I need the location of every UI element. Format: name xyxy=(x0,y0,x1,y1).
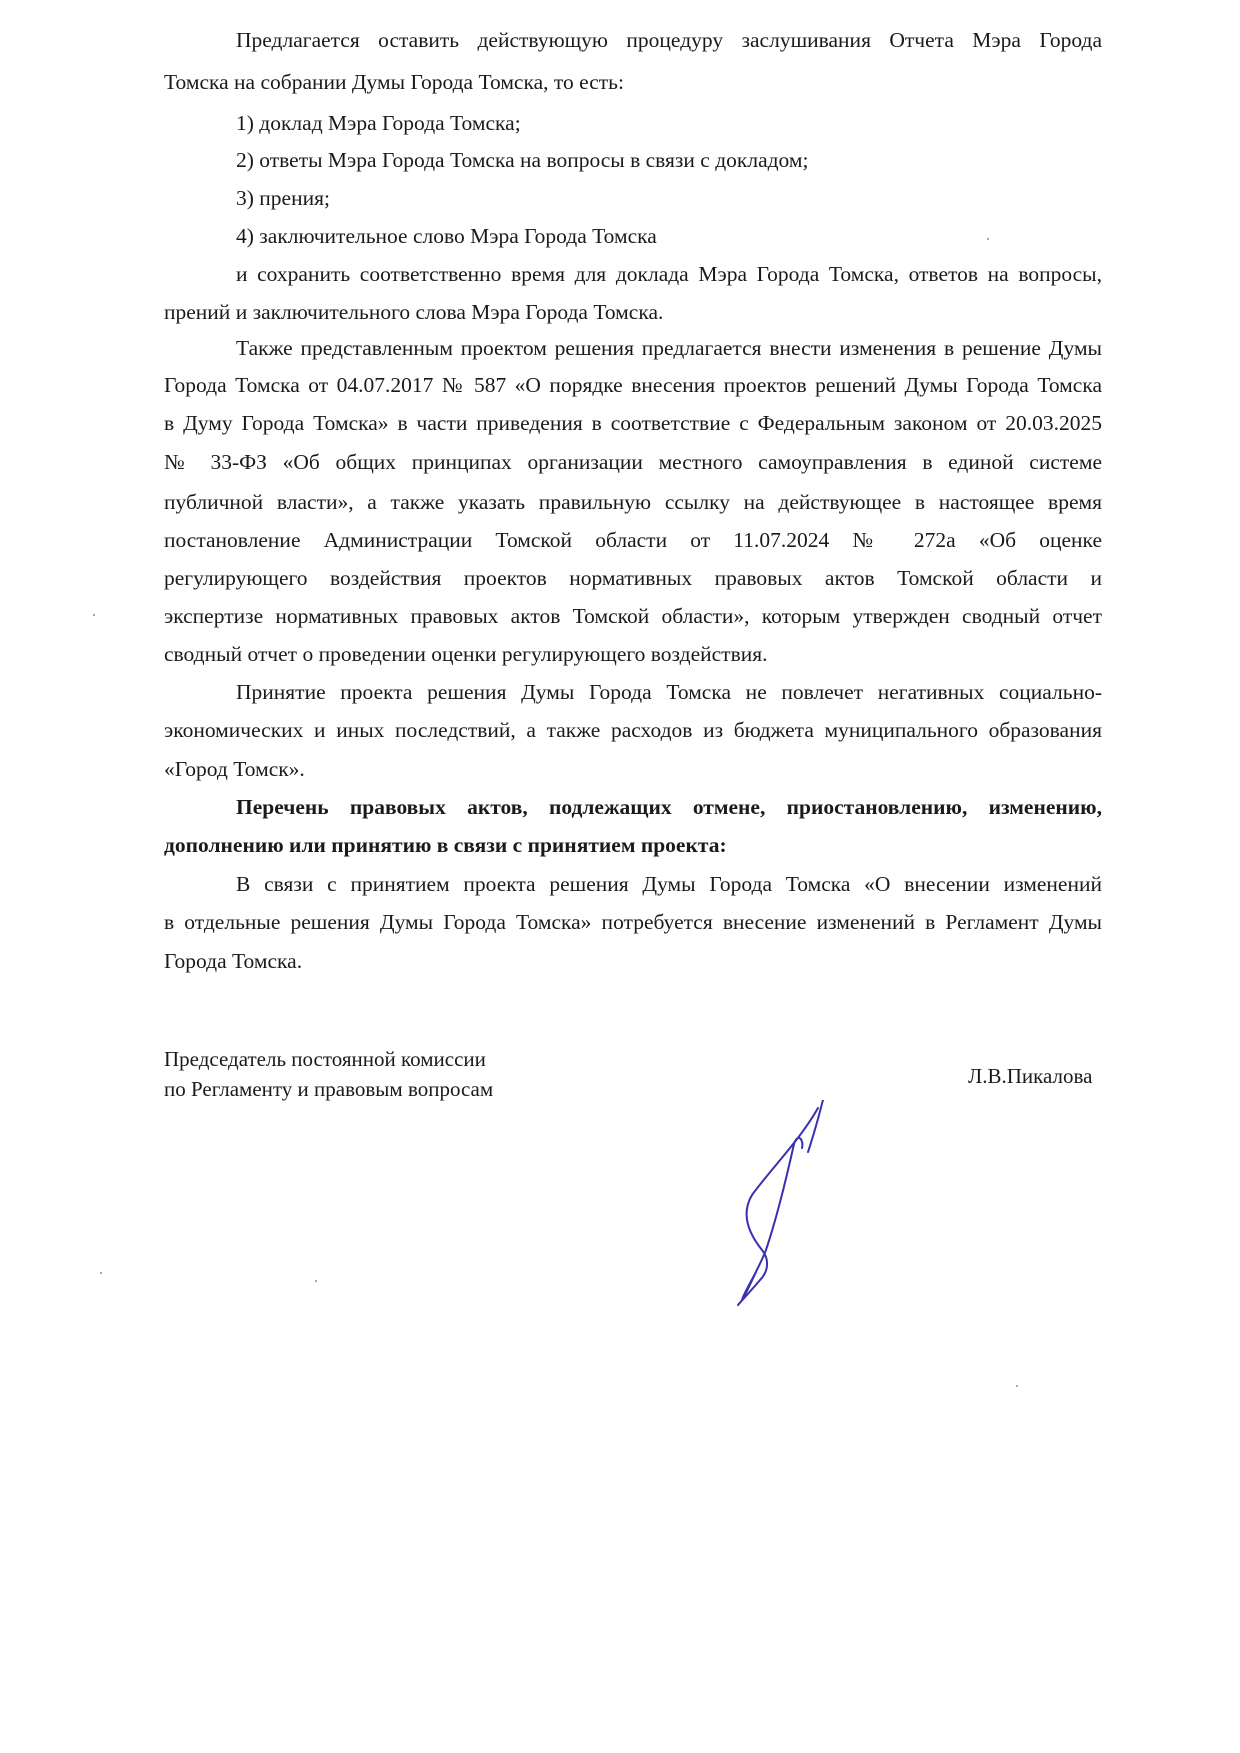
paragraph-line: № 33-ФЗ «Об общих принципах организации … xyxy=(164,452,1102,474)
paragraph-line: в Думу Города Томска» в части приведения… xyxy=(164,413,1102,435)
scan-speck xyxy=(93,614,95,616)
paragraph-line: в отдельные решения Думы Города Томска» … xyxy=(164,912,1102,934)
paragraph-line: Также представленным проектом решения пр… xyxy=(236,338,1102,360)
list-item: 4) заключительное слово Мэра Города Томс… xyxy=(236,226,657,248)
signatory-position-line: Председатель постоянной комиссии xyxy=(164,1044,493,1074)
scan-speck xyxy=(1016,1385,1018,1387)
paragraph-line: регулирующего воздействия проектов норма… xyxy=(164,568,1102,590)
paragraph-line: сводный отчет о проведении оценки регули… xyxy=(164,644,768,666)
signatory-position-line: по Регламенту и правовым вопросам xyxy=(164,1074,493,1104)
scan-speck xyxy=(315,1280,317,1282)
paragraph-line: Принятие проекта решения Думы Города Том… xyxy=(236,682,1102,704)
section-heading: Перечень правовых актов, подлежащих отме… xyxy=(236,797,1102,819)
list-item: 3) прения; xyxy=(236,188,330,210)
section-heading: дополнению или принятию в связи с принят… xyxy=(164,835,727,857)
paragraph-line: Города Томска. xyxy=(164,951,302,973)
paragraph-line: экономических и иных последствий, а такж… xyxy=(164,720,1102,742)
signatory-name: Л.В.Пикалова xyxy=(968,1064,1092,1089)
paragraph-line: Предлагается оставить действующую процед… xyxy=(236,30,1102,52)
paragraph-line: экспертизе нормативных правовых актов То… xyxy=(164,606,1102,628)
document-page: Предлагается оставить действующую процед… xyxy=(0,0,1240,1753)
list-item: 1) доклад Мэра Города Томска; xyxy=(236,113,521,135)
handwritten-signature-icon xyxy=(690,1100,830,1310)
scan-speck xyxy=(100,1272,102,1274)
signatory-position: Председатель постоянной комиссии по Регл… xyxy=(164,1044,493,1104)
paragraph-line: Томска на собрании Думы Города Томска, т… xyxy=(164,72,624,94)
paragraph-line: «Город Томск». xyxy=(164,759,305,781)
paragraph-line: публичной власти», а также указать прави… xyxy=(164,492,1102,514)
paragraph-line: постановление Администрации Томской обла… xyxy=(164,530,1102,552)
list-item: 2) ответы Мэра Города Томска на вопросы … xyxy=(236,150,808,172)
paragraph-line: и сохранить соответственно время для док… xyxy=(236,264,1102,286)
paragraph-line: прений и заключительного слова Мэра Горо… xyxy=(164,302,663,324)
scan-speck xyxy=(987,238,989,240)
paragraph-line: Города Томска от 04.07.2017 № 587 «О пор… xyxy=(164,375,1102,397)
paragraph-line: В связи с принятием проекта решения Думы… xyxy=(236,874,1102,896)
